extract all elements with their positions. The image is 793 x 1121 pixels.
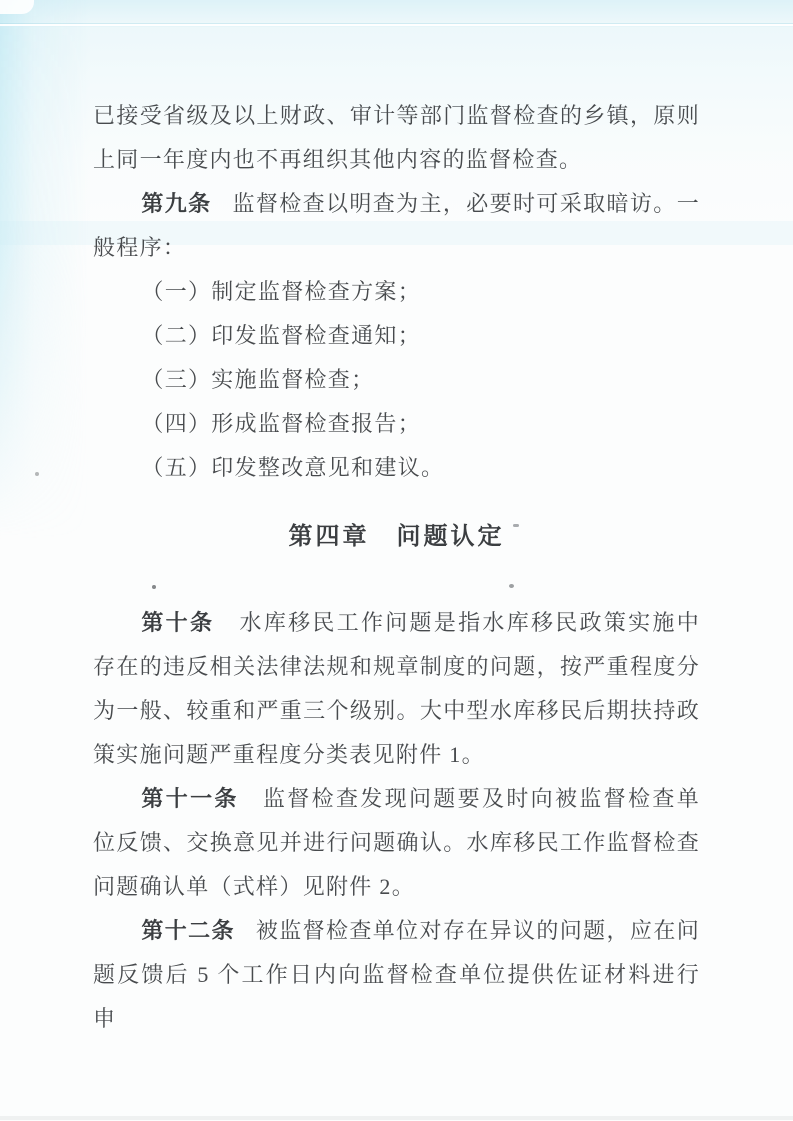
article-10-paragraph: 第十条水库移民工作问题是指水库移民政策实施中存在的违反相关法律法规和规章制度的问… — [93, 601, 700, 777]
procedure-item-3: （三）实施监督检查； — [93, 358, 700, 402]
article-9-paragraph: 第九条监督检查以明查为主，必要时可采取暗访。一般程序： — [93, 182, 700, 270]
article-11-label: 第十一条 — [141, 786, 238, 811]
document-body: 已接受省级及以上财政、审计等部门监督检查的乡镇，原则上同一年度内也不再组织其他内… — [93, 94, 700, 1041]
procedure-item-1: （一）制定监督检查方案； — [93, 270, 700, 314]
scanned-document-page: 已接受省级及以上财政、审计等部门监督检查的乡镇，原则上同一年度内也不再组织其他内… — [0, 0, 793, 1121]
dust-speck — [35, 472, 39, 476]
continuation-paragraph: 已接受省级及以上财政、审计等部门监督检查的乡镇，原则上同一年度内也不再组织其他内… — [93, 94, 700, 182]
article-11-paragraph: 第十一条监督检查发现问题要及时向被监督检查单位反馈、交换意见并进行问题确认。水库… — [93, 777, 700, 909]
scan-bottom-shadow — [0, 1116, 793, 1120]
page-corner — [0, 0, 34, 14]
scan-tint-left — [0, 0, 90, 540]
article-12-paragraph: 第十二条被监督检查单位对存在异议的问题，应在问题反馈后 5 个工作日内向监督检查… — [93, 909, 700, 1041]
procedure-item-4: （四）形成监督检查报告； — [93, 402, 700, 446]
article-9-label: 第九条 — [141, 191, 211, 216]
procedure-item-5: （五）印发整改意见和建议。 — [93, 446, 700, 490]
article-10-label: 第十条 — [141, 610, 214, 635]
article-12-label: 第十二条 — [141, 918, 235, 943]
chapter-heading: 第四章 问题认定 — [93, 515, 700, 559]
scan-hairline — [0, 24, 793, 26]
procedure-item-2: （二）印发监督检查通知； — [93, 314, 700, 358]
